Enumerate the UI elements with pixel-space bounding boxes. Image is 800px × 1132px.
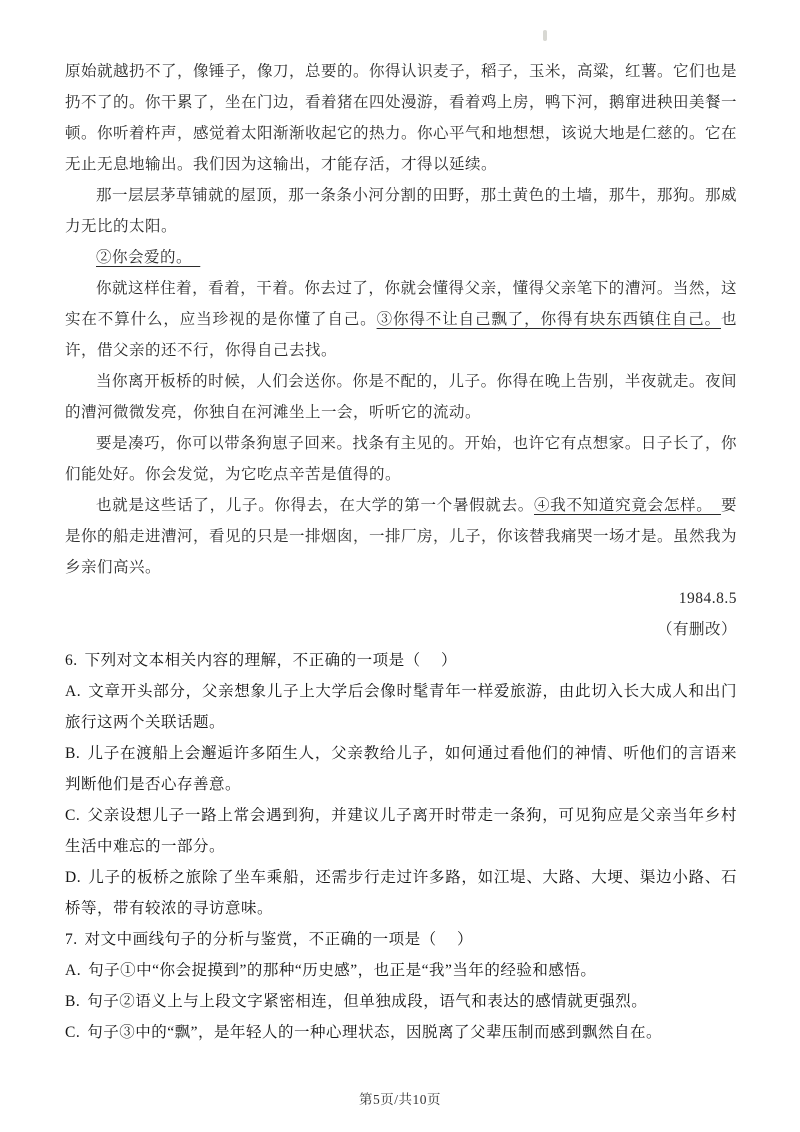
question-7-stem: 7.对文中画线句子的分析与鉴赏，不正确的一项是（ ） <box>65 924 737 955</box>
question-7-option-b: B.句子②语义上与上段文字紧密相连，但单独成段，语气和表达的感情就更强烈。 <box>65 986 737 1017</box>
option-c-text: 父亲设想儿子一路上常会遇到狗，并建议儿子离开时带走一条狗，可见狗应是父亲当年乡村… <box>65 807 737 855</box>
option-b-label: B. <box>65 745 80 762</box>
reading-passage: 原始就越扔不了，像锤子，像刀，总要的。你得认识麦子，稻子，玉米，高粱，红薯。它们… <box>65 56 737 645</box>
option-c-label: C. <box>65 1024 80 1041</box>
option-a-text: 句子①中“你会捉摸到”的那种“历史感”，也正是“我”当年的经验和感悟。 <box>88 962 596 979</box>
option-c-label: C. <box>65 807 80 824</box>
option-b-text: 句子②语义上与上段文字紧密相连，但单独成段，语气和表达的感情就更强烈。 <box>87 993 647 1010</box>
option-b-text: 儿子在渡船上会邂逅许多陌生人，父亲教给儿子，如何通过看他们的神情、听他们的言语来… <box>65 745 737 793</box>
option-d-label: D. <box>65 869 81 886</box>
passage-paragraph-sentence-2: ②你会爱的。 <box>65 242 737 273</box>
question-block-7: 7.对文中画线句子的分析与鉴赏，不正确的一项是（ ） A.句子①中“你会捉摸到”… <box>65 924 737 1048</box>
option-b-label: B. <box>65 993 80 1010</box>
question-6-option-b: B.儿子在渡船上会邂逅许多陌生人，父亲教给儿子，如何通过看他们的神情、听他们的言… <box>65 738 737 800</box>
option-a-label: A. <box>65 962 81 979</box>
underlined-sentence-4: ④我不知道究竟会怎样。 <box>534 497 721 514</box>
question-6-option-d: D.儿子的板桥之旅除了坐车乘船，还需步行走过许多路，如江堤、大路、大埂、渠边小路… <box>65 862 737 924</box>
scan-artifact-mark <box>543 30 547 41</box>
passage-paragraph: 当你离开板桥的时候，人们会送你。你是不配的，儿子。你得在晚上告别，半夜就走。夜间… <box>65 366 737 428</box>
question-6-stem: 6.下列对文本相关内容的理解，不正确的一项是（ ） <box>65 645 737 676</box>
option-a-label: A. <box>65 683 81 700</box>
option-d-text: 儿子的板桥之旅除了坐车乘船，还需步行走过许多路，如江堤、大路、大埂、渠边小路、石… <box>65 869 737 917</box>
passage-paragraph: 要是凑巧，你可以带条狗崽子回来。找条有主见的。开始，也许它有点想家。日子长了，你… <box>65 428 737 490</box>
page-number-footer: 第5页/共10页 <box>0 1088 800 1108</box>
page-content: 原始就越扔不了，像锤子，像刀，总要的。你得认识麦子，稻子，玉米，高粱，红薯。它们… <box>65 56 737 1048</box>
option-c-text: 句子③中的“飘”，是年轻人的一种心理状态，因脱离了父辈压制而感到飘然自在。 <box>87 1024 662 1041</box>
text-run: 也就是这些话了，儿子。你得去，在大学的第一个暑假就去。 <box>96 497 534 514</box>
question-7-stem-text: 对文中画线句子的分析与鉴赏，不正确的一项是（ ） <box>85 931 473 948</box>
option-a-text: 文章开头部分，父亲想象儿子上大学后会像时髦青年一样爱旅游，由此切入长大成人和出门… <box>65 683 737 731</box>
underlined-sentence-3: ③你得不让自己飘了，你得有块东西镇住自己。 <box>377 311 721 328</box>
question-6-stem-text: 下列对文本相关内容的理解，不正确的一项是（ ） <box>85 652 457 669</box>
question-6-number: 6. <box>65 652 78 669</box>
question-6-option-c: C.父亲设想儿子一路上常会遇到狗，并建议儿子离开时带走一条狗，可见狗应是父亲当年… <box>65 800 737 862</box>
question-7-option-a: A.句子①中“你会捉摸到”的那种“历史感”，也正是“我”当年的经验和感悟。 <box>65 955 737 986</box>
passage-paragraph: 也就是这些话了，儿子。你得去，在大学的第一个暑假就去。④我不知道究竟会怎样。 要… <box>65 490 737 583</box>
question-7-option-c: C.句子③中的“飘”，是年轻人的一种心理状态，因脱离了父辈压制而感到飘然自在。 <box>65 1017 737 1048</box>
document-page: { "page": { "footer_text": "第5页/共10页" },… <box>0 0 800 1132</box>
passage-paragraph: 你就这样住着，看着，干着。你去过了，你就会懂得父亲，懂得父亲笔下的漕河。当然，这… <box>65 273 737 366</box>
question-6-option-a: A.文章开头部分，父亲想象儿子上大学后会像时髦青年一样爱旅游，由此切入长大成人和… <box>65 676 737 738</box>
passage-paragraph-continued: 原始就越扔不了，像锤子，像刀，总要的。你得认识麦子，稻子，玉米，高粱，红薯。它们… <box>65 56 737 180</box>
question-block-6: 6.下列对文本相关内容的理解，不正确的一项是（ ） A.文章开头部分，父亲想象儿… <box>65 645 737 924</box>
passage-paragraph: 那一层层茅草铺就的屋顶，那一条条小河分割的田野，那土黄色的土墙，那牛，那狗。那威… <box>65 180 737 242</box>
passage-edit-note: （有删改） <box>65 614 737 645</box>
question-7-number: 7. <box>65 931 78 948</box>
passage-date: 1984.8.5 <box>65 583 737 614</box>
underlined-sentence-2: ②你会爱的。 <box>96 249 200 266</box>
